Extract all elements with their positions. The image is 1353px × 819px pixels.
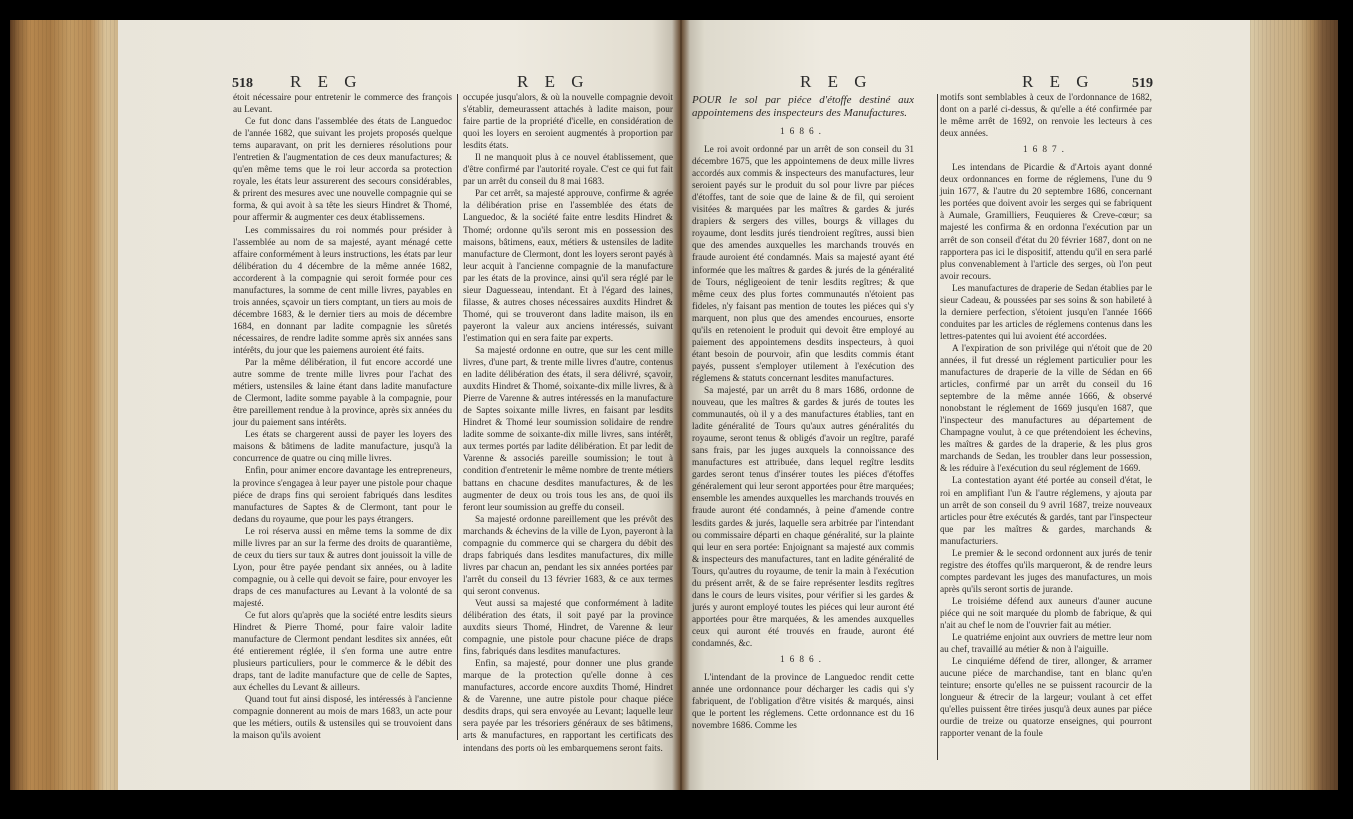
paragraph: Le roi avoit ordonné par un arrêt de son…: [692, 144, 914, 385]
paragraph: Enfin, sa majesté, pour donner une plus …: [463, 658, 673, 754]
paragraph: Le troisiéme défend aux auneurs d'auner …: [940, 596, 1152, 632]
paragraph: motifs sont semblables à ceux de l'ordon…: [940, 92, 1152, 140]
paragraph: Il ne manquoit plus à ce nouvel établiss…: [463, 152, 673, 188]
paragraph: Sa majesté ordonne pareillement que les …: [463, 514, 673, 598]
paragraph: Quand tout fut ainsi disposé, les intére…: [233, 694, 452, 742]
paragraph: Par la même délibération, il fut encore …: [233, 357, 452, 429]
paragraph: A l'expiration de son privilége qui n'ét…: [940, 343, 1152, 476]
paragraph: Le roi réserva aussi en même tems la som…: [233, 526, 452, 610]
paragraph: Les intendans de Picardie & d'Artois aya…: [940, 162, 1152, 282]
right-running-head-col1: R E G: [800, 72, 873, 92]
paragraph: Le premier & le second ordonnent aux jur…: [940, 548, 1152, 596]
right-folio: 519: [1132, 76, 1153, 92]
paragraph: étoit nécessaire pour entretenir le comm…: [233, 92, 452, 116]
year-heading: 1687.: [940, 144, 1152, 156]
paragraph: Par cet arrêt, sa majesté approuve, conf…: [463, 188, 673, 345]
book-gutter: [672, 20, 690, 790]
black-base: [0, 790, 1353, 819]
column-rule: [937, 94, 938, 760]
paragraph: Le cinquiéme défend de tirer, allonger, …: [940, 656, 1152, 740]
paragraph: Les commissaires du roi nommés pour prés…: [233, 225, 452, 358]
column-rule: [457, 94, 458, 740]
paragraph: Sa majesté, par un arrêt du 8 mars 1686,…: [692, 385, 914, 650]
left-page-edges: [10, 20, 118, 798]
section-heading: POUR le sol par piéce d'étoffe destiné a…: [692, 94, 914, 120]
year-heading: 1686.: [692, 654, 914, 666]
right-running-head-col2: R E G: [1022, 72, 1095, 92]
left-page-column-2: occupée jusqu'alors, & où la nouvelle co…: [463, 92, 673, 755]
paragraph: Les manufactures de draperie de Sedan ét…: [940, 283, 1152, 343]
year-heading: 1686.: [692, 126, 914, 138]
left-folio: 518: [232, 76, 253, 92]
left-page-column-1: étoit nécessaire pour entretenir le comm…: [233, 92, 452, 743]
paragraph: L'intendant de la province de Languedoc …: [692, 672, 914, 732]
paragraph: Sa majesté ordonne en outre, que sur les…: [463, 345, 673, 514]
paragraph: Les états se chargerent aussi de payer l…: [233, 429, 452, 465]
left-running-head-col2: R E G: [517, 72, 590, 92]
right-page-column-1: POUR le sol par piéce d'étoffe destiné a…: [692, 92, 914, 732]
paragraph: La contestation ayant été portée au cons…: [940, 475, 1152, 547]
paragraph: Le quatriéme enjoint aux ouvriers de met…: [940, 632, 1152, 656]
left-running-head-col1: R E G: [290, 72, 363, 92]
paragraph: Veut aussi sa majesté que conformément à…: [463, 598, 673, 658]
paragraph: Ce fut donc dans l'assemblée des états d…: [233, 116, 452, 224]
paragraph: Enfin, pour animer encore davantage les …: [233, 465, 452, 525]
paragraph: Ce fut alors qu'après que la société ent…: [233, 610, 452, 694]
paragraph: occupée jusqu'alors, & où la nouvelle co…: [463, 92, 673, 152]
right-page-edges: [1250, 20, 1338, 798]
right-page-column-2: motifs sont semblables à ceux de l'ordon…: [940, 92, 1152, 740]
